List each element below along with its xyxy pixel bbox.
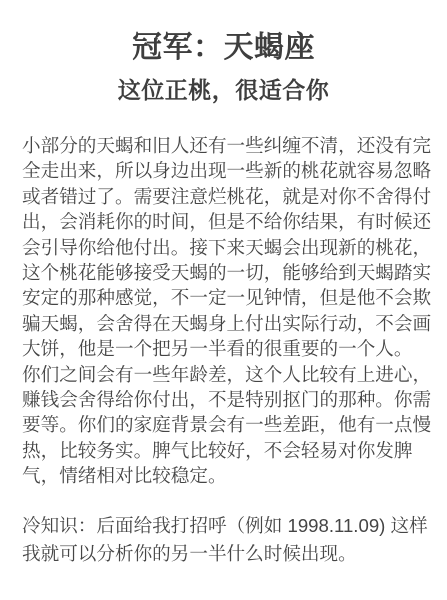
body-line: 或者错过了。需要注意烂桃花，就是对你不舍得付 xyxy=(22,184,425,209)
body-line: 小部分的天蝎和旧人还有一些纠缠不清，还没有完 xyxy=(22,133,425,158)
body-line: 骗天蝎，会舍得在天蝎身上付出实际行动，不会画 xyxy=(22,311,425,336)
body-line: 你们之间会有一些年龄差，这个人比较有上进心， xyxy=(22,362,425,387)
body-line: 赚钱会舍得给你付出，不是特别抠门的那种。你需 xyxy=(22,387,425,412)
footer-note: 冷知识：后面给我打招呼（例如 1998.11.09) 这样我就可以分析你的另一半… xyxy=(0,512,447,568)
body-line: 全走出来，所以身边出现一些新的桃花就容易忽略 xyxy=(22,158,425,183)
page-subtitle: 这位正桃，很适合你 xyxy=(0,77,447,104)
body-line: 热，比较务实。脾气比较好，不会轻易对你发脾 xyxy=(22,438,425,463)
footer-line: 冷知识：后面给我打招呼（例如 1998.11.09) 这样 xyxy=(22,512,425,540)
body-line: 要等。你们的家庭背景会有一些差距，他有一点慢 xyxy=(22,412,425,437)
body-line: 大饼，他是一个把另一半看的很重要的一个人。 xyxy=(22,336,425,361)
footer-line: 我就可以分析你的另一半什么时候出现。 xyxy=(22,540,425,568)
page-title: 冠军：天蝎座 xyxy=(0,0,447,65)
body-line: 气，情绪相对比较稳定。 xyxy=(22,463,425,488)
body-line: 这个桃花能够接受天蝎的一切，能够给到天蝎踏实 xyxy=(22,260,425,285)
body-line: 会引导你给他付出。接下来天蝎会出现新的桃花， xyxy=(22,235,425,260)
body-line: 安定的那种感觉，不一定一见钟情，但是他不会欺 xyxy=(22,285,425,310)
body-paragraph: 小部分的天蝎和旧人还有一些纠缠不清，还没有完全走出来，所以身边出现一些新的桃花就… xyxy=(0,133,447,489)
body-line: 出，会消耗你的时间，但是不给你结果，有时候还 xyxy=(22,209,425,234)
page: 冠军：天蝎座 这位正桃，很适合你 小部分的天蝎和旧人还有一些纠缠不清，还没有完全… xyxy=(0,0,447,600)
